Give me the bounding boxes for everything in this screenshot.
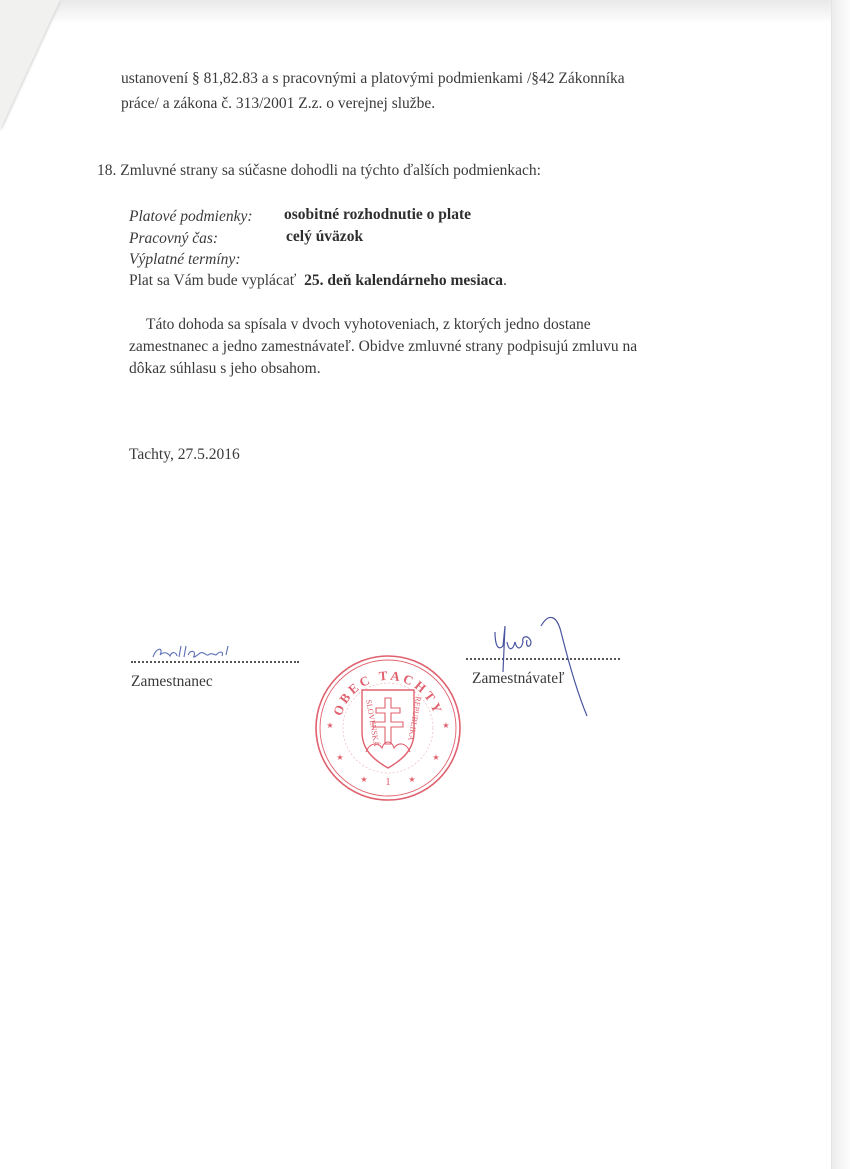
term-label-salary: Platové podmienky:	[129, 206, 253, 228]
section-18-heading: 18. Zmluvné strany sa súčasne dohodli na…	[97, 160, 541, 182]
stamp-number: 1	[385, 776, 391, 788]
employer-label: Zamestnávateľ	[472, 668, 564, 690]
svg-text:★: ★	[360, 775, 367, 784]
term-value-working-time: celý úväzok	[286, 226, 363, 248]
closing-line-2: zamestnanec a jedno zamestnávateľ. Obidv…	[129, 336, 637, 358]
folded-page-corner	[0, 0, 60, 130]
employee-handwritten-signature	[150, 643, 240, 663]
payment-prefix: Plat sa Vám bude vyplácať	[129, 272, 296, 289]
svg-text:REPUBLIKA: REPUBLIKA	[406, 696, 423, 742]
svg-text:★: ★	[326, 721, 333, 730]
svg-text:★: ★	[336, 753, 343, 762]
closing-line-1: Táto dohoda sa spísala v dvoch vyhotoven…	[146, 314, 591, 336]
closing-line-3: dôkaz súhlasu s jeho obsahom.	[129, 358, 321, 380]
term-value-salary: osobitné rozhodnutie o plate	[284, 204, 471, 226]
svg-text:★: ★	[408, 775, 415, 784]
stamp-inner-text: SLOVENSKÁ	[364, 699, 382, 748]
svg-text:OBEC TACHTY: OBEC TACHTY	[330, 668, 446, 718]
official-stamp: OBEC TACHTY 1 ★★ ★★ ★★ SLOVENSKÁ REPUBLI…	[312, 652, 464, 804]
intro-line-2: práce/ a zákona č. 313/2001 Z.z. o verej…	[121, 93, 435, 115]
svg-text:★: ★	[442, 721, 449, 730]
payment-line: Plat sa Vám bude vyplácať 25. deň kalend…	[129, 270, 507, 292]
intro-line-1: ustanovení § 81,82.83 a s pracovnými a p…	[121, 68, 625, 90]
payment-suffix: .	[503, 272, 507, 289]
term-label-pay-dates: Výplatné termíny:	[129, 249, 240, 271]
svg-text:★: ★	[432, 753, 439, 762]
place-and-date: Tachty, 27.5.2016	[129, 444, 240, 466]
term-label-working-time: Pracovný čas:	[129, 228, 218, 250]
payment-day: 25. deň kalendárneho mesiaca	[304, 272, 503, 289]
employee-label: Zamestnanec	[131, 671, 213, 693]
scan-right-edge	[831, 0, 850, 1169]
scan-top-shadow	[0, 0, 850, 24]
